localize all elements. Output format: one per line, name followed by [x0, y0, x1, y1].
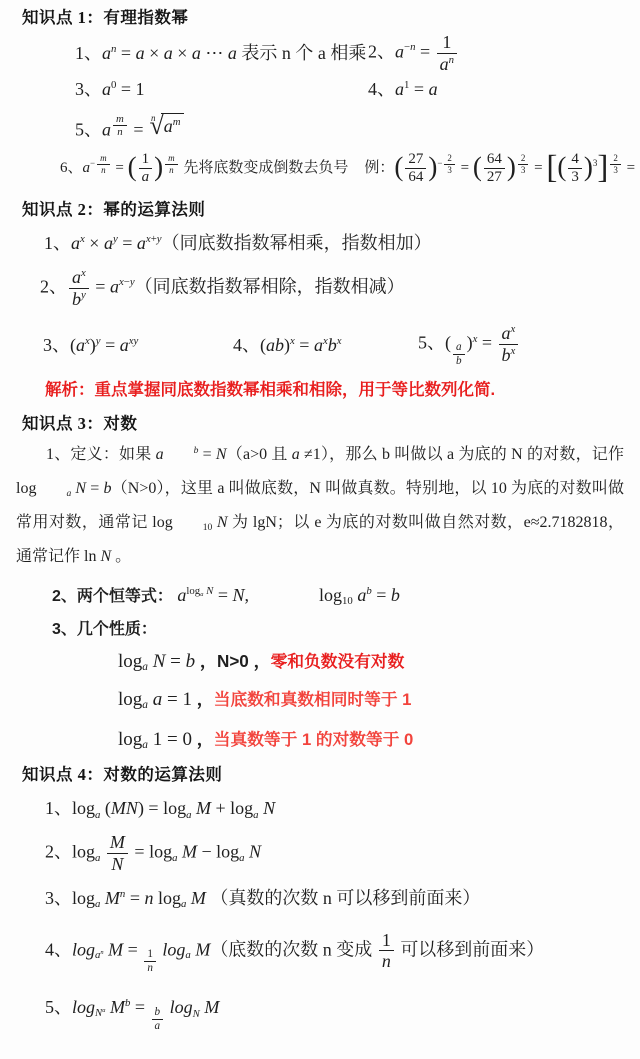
kp2-heading: 知识点 2：幂的运算法则: [22, 200, 640, 220]
section-log-rules: 知识点 4：对数的运算法则 1、loga (MN) = loga M + log…: [0, 765, 640, 1032]
section-power-rules: 知识点 2：幂的运算法则 1、ax × ay = ax+y（同底数指数幂相乘，指…: [0, 200, 640, 400]
kp3-definition-paragraph: 1、定义：如果 ab = N（a>0 且 a ≠1），那么 b 叫做以 a 为底…: [16, 438, 624, 574]
section-rational-exponents: 知识点 1：有理指数幂 1、an = a × a × a ⋯ a 表示 n 个 …: [0, 8, 640, 186]
kp1-item-1: 1、an = a × a × a ⋯ a 表示 n 个 a 相乘: [75, 42, 368, 65]
kp1-item-4: 4、a1 = a: [368, 78, 640, 101]
kp4-item-3: 3、loga Mn = n loga M （真数的次数 n 可以移到前面来）: [45, 887, 640, 910]
kp3-property-1: loga N = b ，N>0 ，零和负数没有对数: [118, 650, 640, 674]
kp2-item-3: 3、(ax)y = axy: [43, 334, 233, 357]
kp1-item-5: 5、amn = n√am: [75, 113, 640, 141]
kp4-item-2: 2、loga MN = loga M − loga N: [45, 832, 640, 874]
kp2-item-5: 5、(ab)x = axbx: [418, 323, 640, 368]
kp1-row-2: 3、a0 = 1 4、a1 = a: [75, 78, 640, 101]
kp1-item-6: 6、a−mn = (1a)mn 先将底数变成倒数去负号例：(2764)−23 =…: [60, 151, 640, 187]
kp1-heading: 知识点 1：有理指数幂: [22, 8, 640, 28]
kp2-analysis-note: 解析：重点掌握同底数指数幂相乘和相除，用于等比数列化简.: [45, 376, 640, 400]
kp1-item-2: 2、a−n = 1an: [368, 32, 640, 74]
kp3-heading: 知识点 3：对数: [22, 414, 640, 434]
kp3-identities: 2、两个恒等式： aloga N = N,log10 ab = b: [52, 584, 640, 607]
kp4-item-5: 5、logNa Mb = ba logN M: [45, 996, 640, 1032]
kp4-item-4: 4、logan M = 1n loga M（底数的次数 n 变成 1n 可以移到…: [45, 930, 640, 975]
kp3-property-3: loga 1 = 0 ，当真数等于 1 的对数等于 0: [118, 728, 640, 752]
section-logarithms: 知识点 3：对数 1、定义：如果 ab = N（a>0 且 a ≠1），那么 b…: [0, 414, 640, 751]
kp2-item-1: 1、ax × ay = ax+y（同底数指数幂相乘，指数相加）: [44, 232, 640, 255]
kp3-property-2: loga a = 1 ，当底数和真数相同时等于 1: [118, 688, 640, 712]
kp2-item-4: 4、(ab)x = axbx: [233, 334, 418, 357]
kp4-item-1: 1、loga (MN) = loga M + loga N: [45, 797, 640, 820]
document-page: 知识点 1：有理指数幂 1、an = a × a × a ⋯ a 表示 n 个 …: [0, 0, 640, 1059]
kp1-item-3: 3、a0 = 1: [75, 78, 368, 101]
kp1-row-1: 1、an = a × a × a ⋯ a 表示 n 个 a 相乘 2、a−n =…: [75, 32, 640, 74]
kp2-row-3: 3、(ax)y = axy 4、(ab)x = axbx 5、(ab)x = a…: [43, 323, 640, 368]
kp2-item-2: 2、axby = ax−y（同底数指数幂相除，指数相减）: [40, 267, 640, 309]
kp3-properties-label: 3、几个性质：: [52, 617, 640, 640]
kp4-heading: 知识点 4：对数的运算法则: [22, 765, 640, 785]
